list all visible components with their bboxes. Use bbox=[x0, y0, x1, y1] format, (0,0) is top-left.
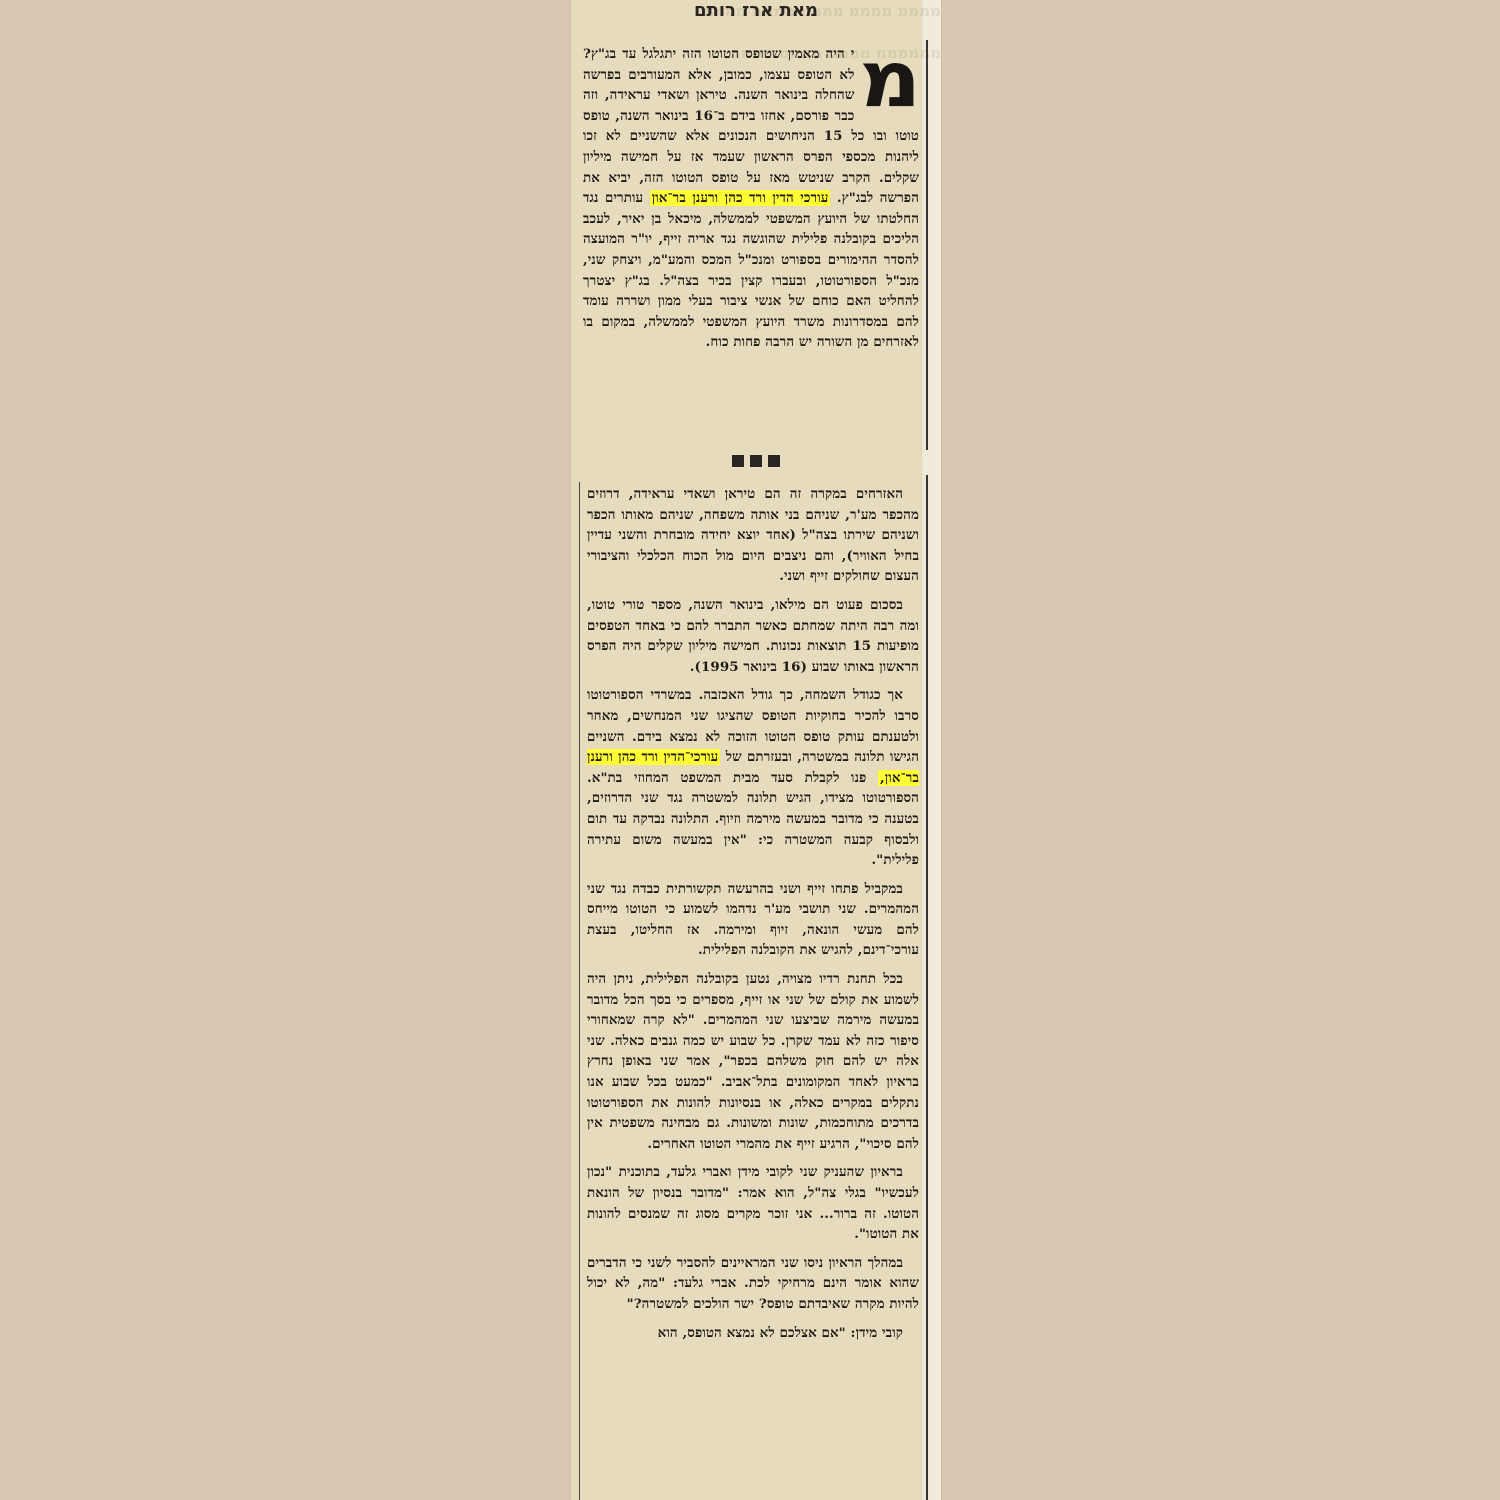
article-byline: מאת ארז רותם bbox=[571, 0, 941, 28]
paragraph: במקביל פתחו זייף ושני בהרעשה תקשורתית כב… bbox=[587, 879, 919, 961]
paragraph: קובי מידן: "אם אצלכם לא נמצא הטופס, הוא bbox=[587, 1323, 919, 1344]
column-rule-left bbox=[579, 482, 580, 1500]
paragraph: האזרחים במקרה זה הם טיראן ושאדי עראידה, … bbox=[587, 484, 919, 587]
paragraph: אך כגודל השמחה, כך גודל האכזבה. במשרדי ה… bbox=[587, 685, 919, 870]
article-section-2: האזרחים במקרה זה הם טיראן ושאדי עראידה, … bbox=[587, 484, 919, 1351]
paragraph: בראיון שהעניק שני לקובי מידן ואברי גלעד,… bbox=[587, 1162, 919, 1244]
drop-cap: מ bbox=[860, 48, 922, 112]
newspaper-clipping: ממממ ממממ ממממ ממממ ממממ ממממממ ממממ מממ… bbox=[571, 0, 941, 1500]
column-rule-right bbox=[926, 475, 928, 1500]
separator-square bbox=[768, 455, 780, 467]
paragraph: בכל תחנת רדיו מצויה, נטען בקובלנה הפלילי… bbox=[587, 969, 919, 1154]
highlighted-lawyers-names: עורכי הדין ורד כהן ורענן בר־און bbox=[650, 190, 831, 206]
paragraph: בסכום פעוט הם מילאו, בינואר השנה, מספר ט… bbox=[587, 595, 919, 677]
column-rule-right bbox=[926, 40, 928, 450]
article-section-1: מ י היה מאמין שטופס הטוטו הזה יתגלגל עד … bbox=[583, 44, 919, 361]
separator-square bbox=[732, 455, 744, 467]
paragraph: במהלך הראיון ניסו שני המראיינים להסביר ל… bbox=[587, 1253, 919, 1315]
section-separator bbox=[571, 452, 941, 471]
separator-square bbox=[750, 455, 762, 467]
